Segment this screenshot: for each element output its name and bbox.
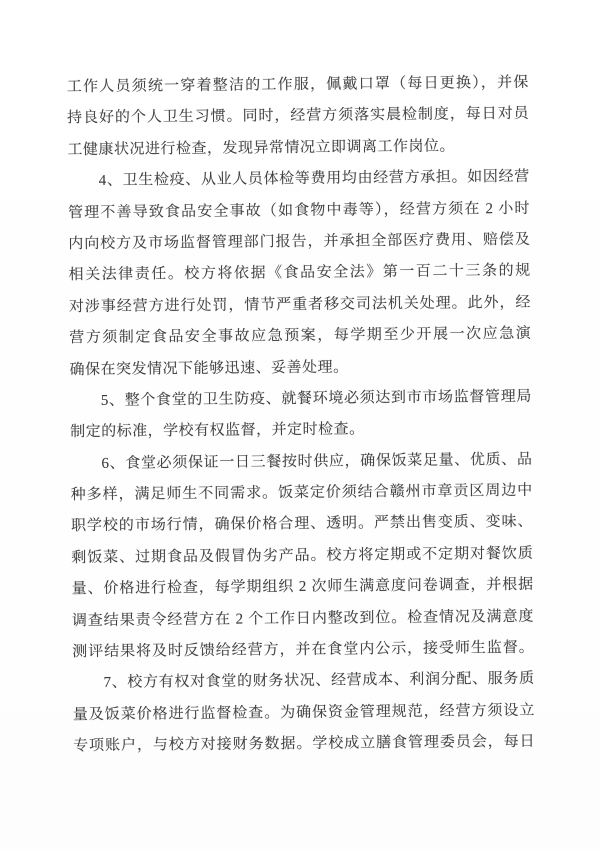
text-line-8: 对涉事经营方进行处罚，情节严重者移交司法机关处理。此外，经 (69, 288, 531, 324)
text-line-21: 量及饭菜价格进行监督检查。为确保资金管理规范，经营方须设立 (73, 696, 535, 732)
text-line-20-clause-7-start: 7、校方有权对食堂的财务状况、经营成本、利润分配、服务质 (72, 664, 534, 700)
text-line-19: 测评结果将及时反馈给经营方，并在食堂内公示，接受师生监督。 (72, 633, 534, 669)
text-line-4-clause-4-start: 4、卫生检疫、从业人员体检等费用均由经营方承担。如因经营 (68, 162, 530, 198)
text-line-6: 内向校方及市场监督管理部门报告，并承担全部医疗费用、赔偿及 (68, 225, 530, 261)
text-line-14: 种多样，满足师生不同需求。饭菜定价须结合赣州市章贡区周边中 (71, 476, 533, 512)
screenshot-viewport: 工作人员须统一穿着整洁的工作服，佩戴口罩（每日更换），并保 持良好的个人卫生习惯… (0, 0, 600, 849)
text-line-9: 营方须制定食品安全事故应急预案，每学期至少开展一次应急演练， (69, 319, 531, 355)
text-line-15: 职学校的市场行情，确保价格合理、透明。严禁出售变质、变味、 (71, 507, 533, 543)
text-line-7: 相关法律责任。校方将依据《食品安全法》第一百二十三条的规定， (69, 256, 531, 292)
text-line-18: 调查结果责令经营方在 2 个工作日内整改到位。检查情况及满意度 (72, 601, 534, 637)
text-line-13-clause-6-start: 6、食堂必须保证一日三餐按时供应，确保饭菜足量、优质、品 (70, 444, 532, 480)
text-line-16: 剩饭菜、过期食品及假冒伪劣产品。校方将定期或不定期对餐饮质 (71, 539, 533, 575)
text-line-11-clause-5-start: 5、整个食堂的卫生防疫、就餐环境必须达到市市场监督管理局 (70, 382, 532, 418)
text-line-2: 持良好的个人卫生习惯。同时，经营方须落实晨检制度，每日对员 (67, 99, 529, 135)
text-line-3: 工健康状况进行检查，发现异常情况立即调离工作岗位。 (67, 131, 529, 167)
text-line-17: 量、价格进行检查，每学期组织 2 次师生满意度问卷调查，并根据 (72, 570, 534, 606)
text-line-12: 制定的标准，学校有权监督，并定时检查。 (70, 413, 532, 449)
text-line-22: 专项账户，与校方对接财务数据。学校成立膳食管理委员会，每日 (73, 727, 535, 763)
document-text-block: 工作人员须统一穿着整洁的工作服，佩戴口罩（每日更换），并保 持良好的个人卫生习惯… (67, 68, 536, 763)
text-line-5: 管理不善导致食品安全事故（如食物中毒等），经营方须在 2 小时 (68, 193, 530, 229)
scanned-page: 工作人员须统一穿着整洁的工作服，佩戴口罩（每日更换），并保 持良好的个人卫生习惯… (0, 0, 600, 849)
text-line-10: 确保在突发情况下能够迅速、妥善处理。 (69, 350, 531, 386)
text-line-1: 工作人员须统一穿着整洁的工作服，佩戴口罩（每日更换），并保 (67, 68, 529, 104)
